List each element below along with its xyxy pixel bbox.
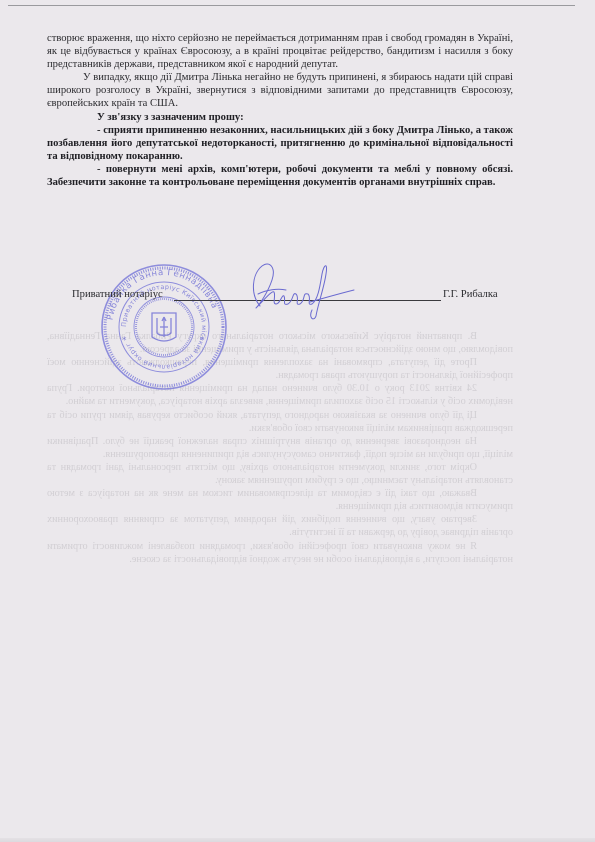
request-heading: У зв'язку з зазначеним прошу: [47,111,513,124]
bleed-paragraph: На неодноразові звернення до органів вну… [47,435,513,461]
svg-text:*: * [200,336,205,346]
bleed-paragraph: Я не можу виконувати свої професійні обо… [47,540,513,566]
document-body: створює враження, що ніхто серйозно не п… [47,32,513,189]
scan-bottom-edge [0,838,595,842]
handwritten-signature [238,254,358,324]
trident-emblem-icon [152,313,176,341]
paragraph-warning: У випадку, якщо дії Дмитра Лінька негайн… [47,71,513,110]
paragraph-continuation: створює враження, що ніхто серйозно не п… [47,32,513,71]
request-item-1: - сприяти припиненню незаконних, насильн… [47,124,513,163]
request-item-2: - повернути мені архів, комп'ютери, робо… [47,163,513,189]
bleed-paragraph: Окрім того, зникли документи нотаріально… [47,461,513,487]
bleed-paragraph: Звертаю увагу, що вчинення подібних дій … [47,513,513,539]
bleed-paragraph: Вважаю, що такі дії є свідомим та цілесп… [47,487,513,513]
bleed-paragraph: Ці дії було вчинено за вказівкою народно… [47,409,513,435]
notary-stamp: Рибалка Ганна Геннадіївна Приватний нота… [100,263,228,391]
signer-title: Приватний нотаріус [72,289,163,300]
scan-top-edge-line [8,5,575,6]
signer-name: Г.Г. Рибалка [443,289,498,300]
svg-text:*: * [122,336,127,346]
